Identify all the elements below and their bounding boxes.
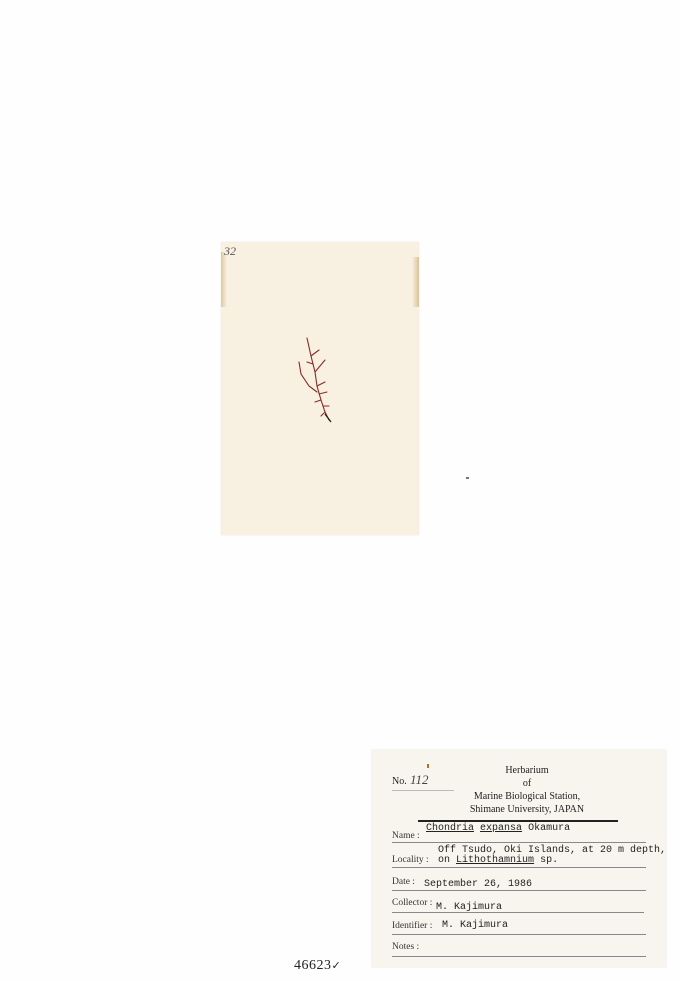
notes-label: Notes : (392, 942, 419, 952)
locality-label: Locality : (392, 855, 429, 865)
locality-line2: on Lithothamnium sp. (438, 855, 558, 866)
specimen-label: No. 112 Herbarium of Marine Biological S… (372, 750, 666, 967)
name-rule (392, 842, 646, 843)
identifier-rule (392, 934, 646, 935)
number-label: No. (392, 776, 407, 787)
name-value: Chondria expansa Okamura (426, 823, 570, 834)
locality-genus: Lithothamnium (456, 855, 534, 866)
speck (466, 477, 469, 479)
catalog-number-value: 46623 (294, 958, 332, 973)
specimen-paper: 32 (221, 242, 419, 535)
title-line: Herbarium (442, 764, 612, 777)
locality-suffix: sp. (540, 855, 558, 866)
title-line: Marine Biological Station, (442, 790, 612, 803)
name-species: expansa (480, 823, 522, 834)
paper-number: 32 (224, 244, 236, 259)
date-label: Date : (392, 877, 415, 887)
name-genus: Chondria (426, 823, 474, 834)
title-line: of (442, 777, 612, 790)
date-value: September 26, 1986 (424, 879, 532, 890)
identifier-value: M. Kajimura (442, 920, 508, 931)
check-icon: ✓ (332, 960, 342, 972)
number-value: 112 (410, 772, 429, 788)
name-label: Name : (392, 831, 420, 841)
seaweed-specimen-image (295, 336, 339, 426)
locality-rule (392, 867, 646, 868)
notes-rule (392, 956, 646, 957)
name-author: Okamura (528, 823, 570, 834)
title-line: Shimane University, JAPAN (442, 803, 612, 816)
herbarium-title: Herbarium of Marine Biological Station, … (442, 764, 612, 816)
header-divider (418, 820, 618, 822)
collector-label: Collector : (392, 898, 432, 908)
locality-prefix: on (438, 855, 450, 866)
catalog-number: 46623✓ (294, 958, 341, 974)
date-rule (392, 890, 646, 891)
collector-rule (392, 912, 644, 913)
herbarium-sheet: 32 No. 112 Herbarium of Ma (0, 0, 680, 981)
identifier-label: Identifier : (392, 921, 432, 931)
ink-mark (427, 764, 429, 768)
